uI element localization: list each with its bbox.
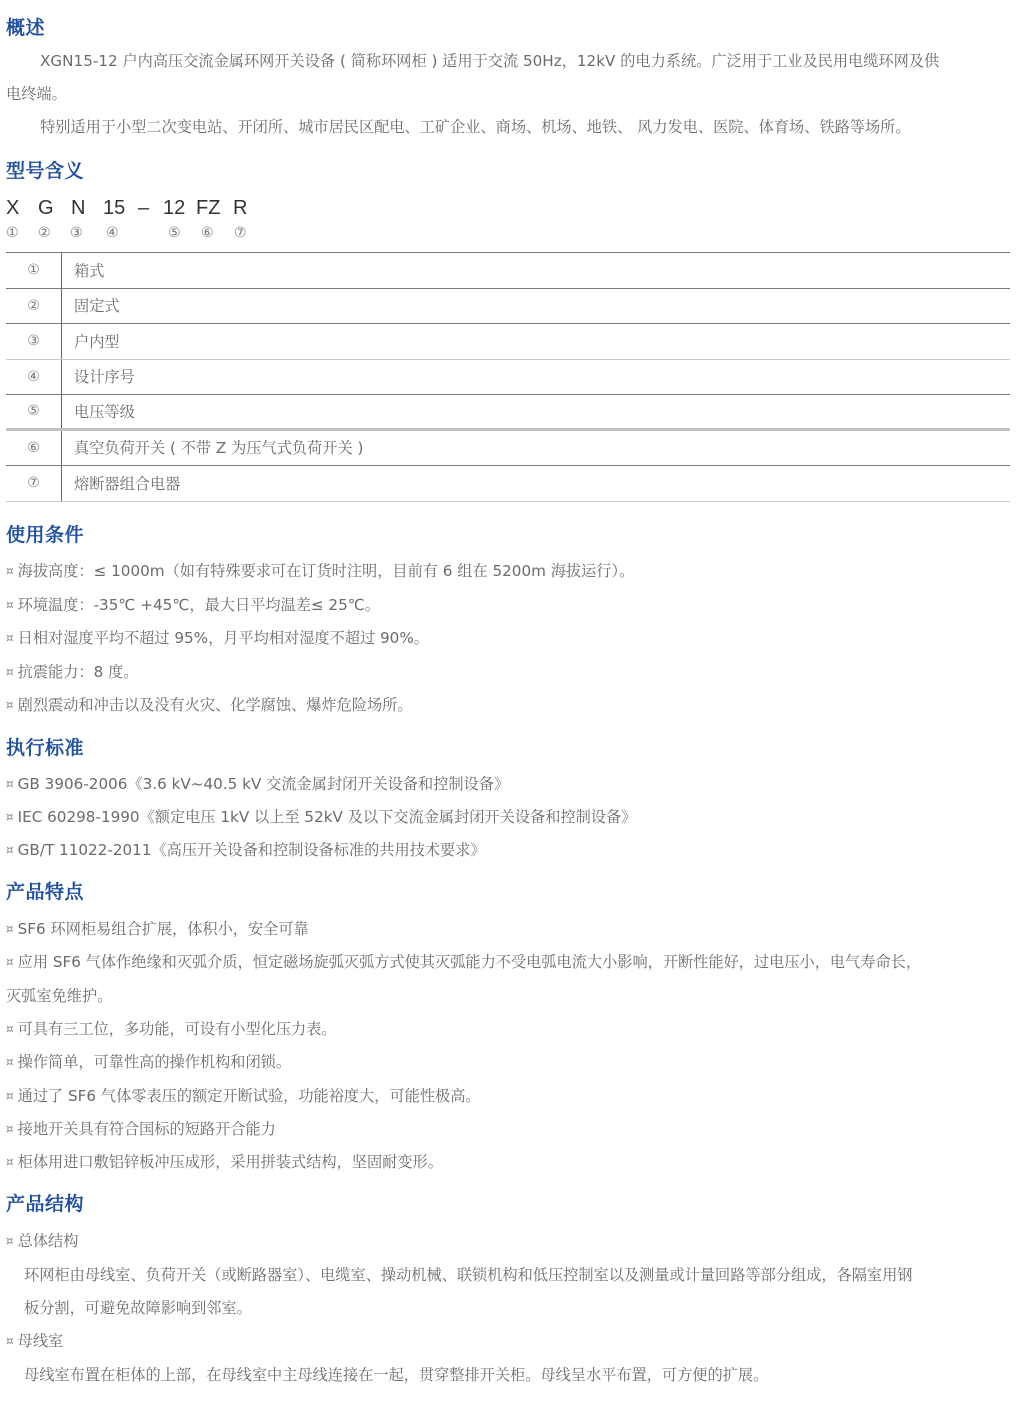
- model-meaning-table: ① 箱式 ② 固定式 ③ 户内型 ④ 设计序号 ⑤ 电压等级 ⑥ 真空负荷开关 …: [6, 252, 1010, 502]
- list-item: ¤GB/T 11022-2011《高压开关设备和控制设备标准的共用技术要求》: [6, 838, 486, 862]
- code-part-g: G: [38, 197, 54, 220]
- row-number: ④: [6, 360, 62, 395]
- list-item: ¤可具有三工位，多功能，可设有小型化压力表。: [6, 1017, 337, 1041]
- code-part-x: X: [6, 197, 19, 220]
- bullet-icon: ¤: [6, 922, 14, 936]
- code-part-r: R: [233, 197, 247, 220]
- overview-paragraph-2: 特别适用于小型二次变电站、开闭所、城市居民区配电、工矿企业、商场、机场、地铁、 …: [6, 111, 1014, 144]
- code-part-dash: –: [138, 197, 149, 220]
- section-title-overview: 概述: [6, 16, 45, 40]
- subsection-busbar-room: ¤母线室: [6, 1329, 63, 1353]
- table-row: ⑤ 电压等级: [6, 395, 1010, 431]
- bullet-icon: ¤: [6, 1234, 14, 1248]
- list-item: ¤抗震能力：8 度。: [6, 660, 138, 684]
- list-item: ¤日相对湿度平均不超过 95%，月平均相对湿度不超过 90%。: [6, 626, 429, 650]
- list-item: ¤通过了 SF6 气体零表压的额定开断试验，功能裕度大，可能性极高。: [6, 1084, 481, 1108]
- code-part-15: 15: [103, 197, 125, 220]
- bullet-icon: ¤: [6, 1155, 14, 1169]
- bullet-icon: ¤: [6, 698, 14, 712]
- row-number: ⑥: [6, 431, 62, 466]
- row-description: 电压等级: [62, 401, 135, 422]
- list-item: ¤海拔高度：≤ 1000m（如有特殊要求可在订货时注明，目前有 6 组在 520…: [6, 559, 634, 583]
- section-title-model-meaning: 型号含义: [6, 159, 84, 183]
- mark-7: ⑦: [234, 225, 247, 241]
- code-part-12: 12: [163, 197, 185, 220]
- bullet-icon: ¤: [6, 1334, 14, 1348]
- code-part-fz: FZ: [196, 197, 220, 220]
- row-description: 箱式: [62, 260, 104, 281]
- row-description: 真空负荷开关 ( 不带 Z 为压气式负荷开关 ): [62, 437, 363, 458]
- row-description: 户内型: [62, 331, 120, 352]
- list-item: ¤操作简单，可靠性高的操作机构和闭锁。: [6, 1050, 291, 1074]
- mark-4: ④: [106, 225, 119, 241]
- bullet-icon: ¤: [6, 631, 14, 645]
- mark-3: ③: [70, 225, 83, 241]
- mark-6: ⑥: [201, 225, 214, 241]
- list-item: ¤剧烈震动和冲击以及没有火灾、化学腐蚀、爆炸危险场所。: [6, 693, 413, 717]
- row-number: ①: [6, 253, 62, 288]
- row-number: ⑤: [6, 395, 62, 428]
- code-part-n: N: [71, 197, 85, 220]
- table-row: ④ 设计序号: [6, 360, 1010, 396]
- bullet-icon: ¤: [6, 665, 14, 679]
- bullet-icon: ¤: [6, 843, 14, 857]
- list-item: ¤环境温度：-35℃ +45℃，最大日平均温差≤ 25℃。: [6, 593, 380, 617]
- list-item: ¤SF6 环网柜易组合扩展，体积小，安全可靠: [6, 917, 309, 941]
- bullet-icon: ¤: [6, 1055, 14, 1069]
- bullet-icon: ¤: [6, 955, 14, 969]
- overall-structure-text-line2: 板分割，可避免故障影响到邻室。: [24, 1296, 252, 1320]
- section-title-structure: 产品结构: [6, 1192, 84, 1216]
- section-title-features: 产品特点: [6, 880, 84, 904]
- row-description: 熔断器组合电器: [62, 473, 180, 494]
- bullet-icon: ¤: [6, 777, 14, 791]
- list-item: ¤柜体用进口敷铝锌板冲压成形，采用拼装式结构，坚固耐变形。: [6, 1150, 443, 1174]
- list-item: ¤GB 3906-2006《3.6 kV~40.5 kV 交流金属封闭开关设备和…: [6, 772, 509, 796]
- bullet-icon: ¤: [6, 598, 14, 612]
- list-item: ¤接地开关具有符合国标的短路开合能力: [6, 1117, 276, 1141]
- overview-paragraph-1-cont: 电终端。: [6, 78, 1014, 111]
- list-item: ¤IEC 60298-1990《额定电压 1kV 以上至 52kV 及以下交流金…: [6, 805, 636, 829]
- table-row: ① 箱式: [6, 253, 1010, 289]
- table-row: ③ 户内型: [6, 324, 1010, 360]
- bullet-icon: ¤: [6, 1022, 14, 1036]
- busbar-room-text: 母线室布置在柜体的上部，在母线室中主母线连接在一起，贯穿整排开关柜。母线呈水平布…: [24, 1363, 768, 1387]
- mark-2: ②: [38, 225, 51, 241]
- list-item-continuation: 灭弧室免维护。: [6, 984, 112, 1008]
- row-description: 固定式: [62, 295, 120, 316]
- bullet-icon: ¤: [6, 810, 14, 824]
- overview-paragraph-1: XGN15-12 户内高压交流金属环网开关设备 ( 简称环网柜 ) 适用于交流 …: [6, 45, 1014, 78]
- bullet-icon: ¤: [6, 1089, 14, 1103]
- section-title-conditions: 使用条件: [6, 523, 84, 547]
- table-row: ② 固定式: [6, 289, 1010, 325]
- table-row: ⑦ 熔断器组合电器: [6, 466, 1010, 502]
- row-number: ③: [6, 324, 62, 359]
- mark-1: ①: [6, 225, 19, 241]
- table-row: ⑥ 真空负荷开关 ( 不带 Z 为压气式负荷开关 ): [6, 431, 1010, 467]
- subsection-overall-structure: ¤总体结构: [6, 1229, 78, 1253]
- overall-structure-text-line1: 环网柜由母线室、负荷开关（或断路器室）、电缆室、操动机械、联锁机构和低压控制室以…: [24, 1263, 912, 1287]
- bullet-icon: ¤: [6, 1122, 14, 1136]
- row-description: 设计序号: [62, 366, 135, 387]
- row-number: ⑦: [6, 466, 62, 501]
- list-item: ¤应用 SF6 气体作绝缘和灭弧介质，恒定磁场旋弧灭弧方式使其灭弧能力不受电弧电…: [6, 950, 921, 974]
- row-number: ②: [6, 289, 62, 324]
- bullet-icon: ¤: [6, 564, 14, 578]
- mark-5: ⑤: [168, 225, 181, 241]
- section-title-standards: 执行标准: [6, 736, 84, 760]
